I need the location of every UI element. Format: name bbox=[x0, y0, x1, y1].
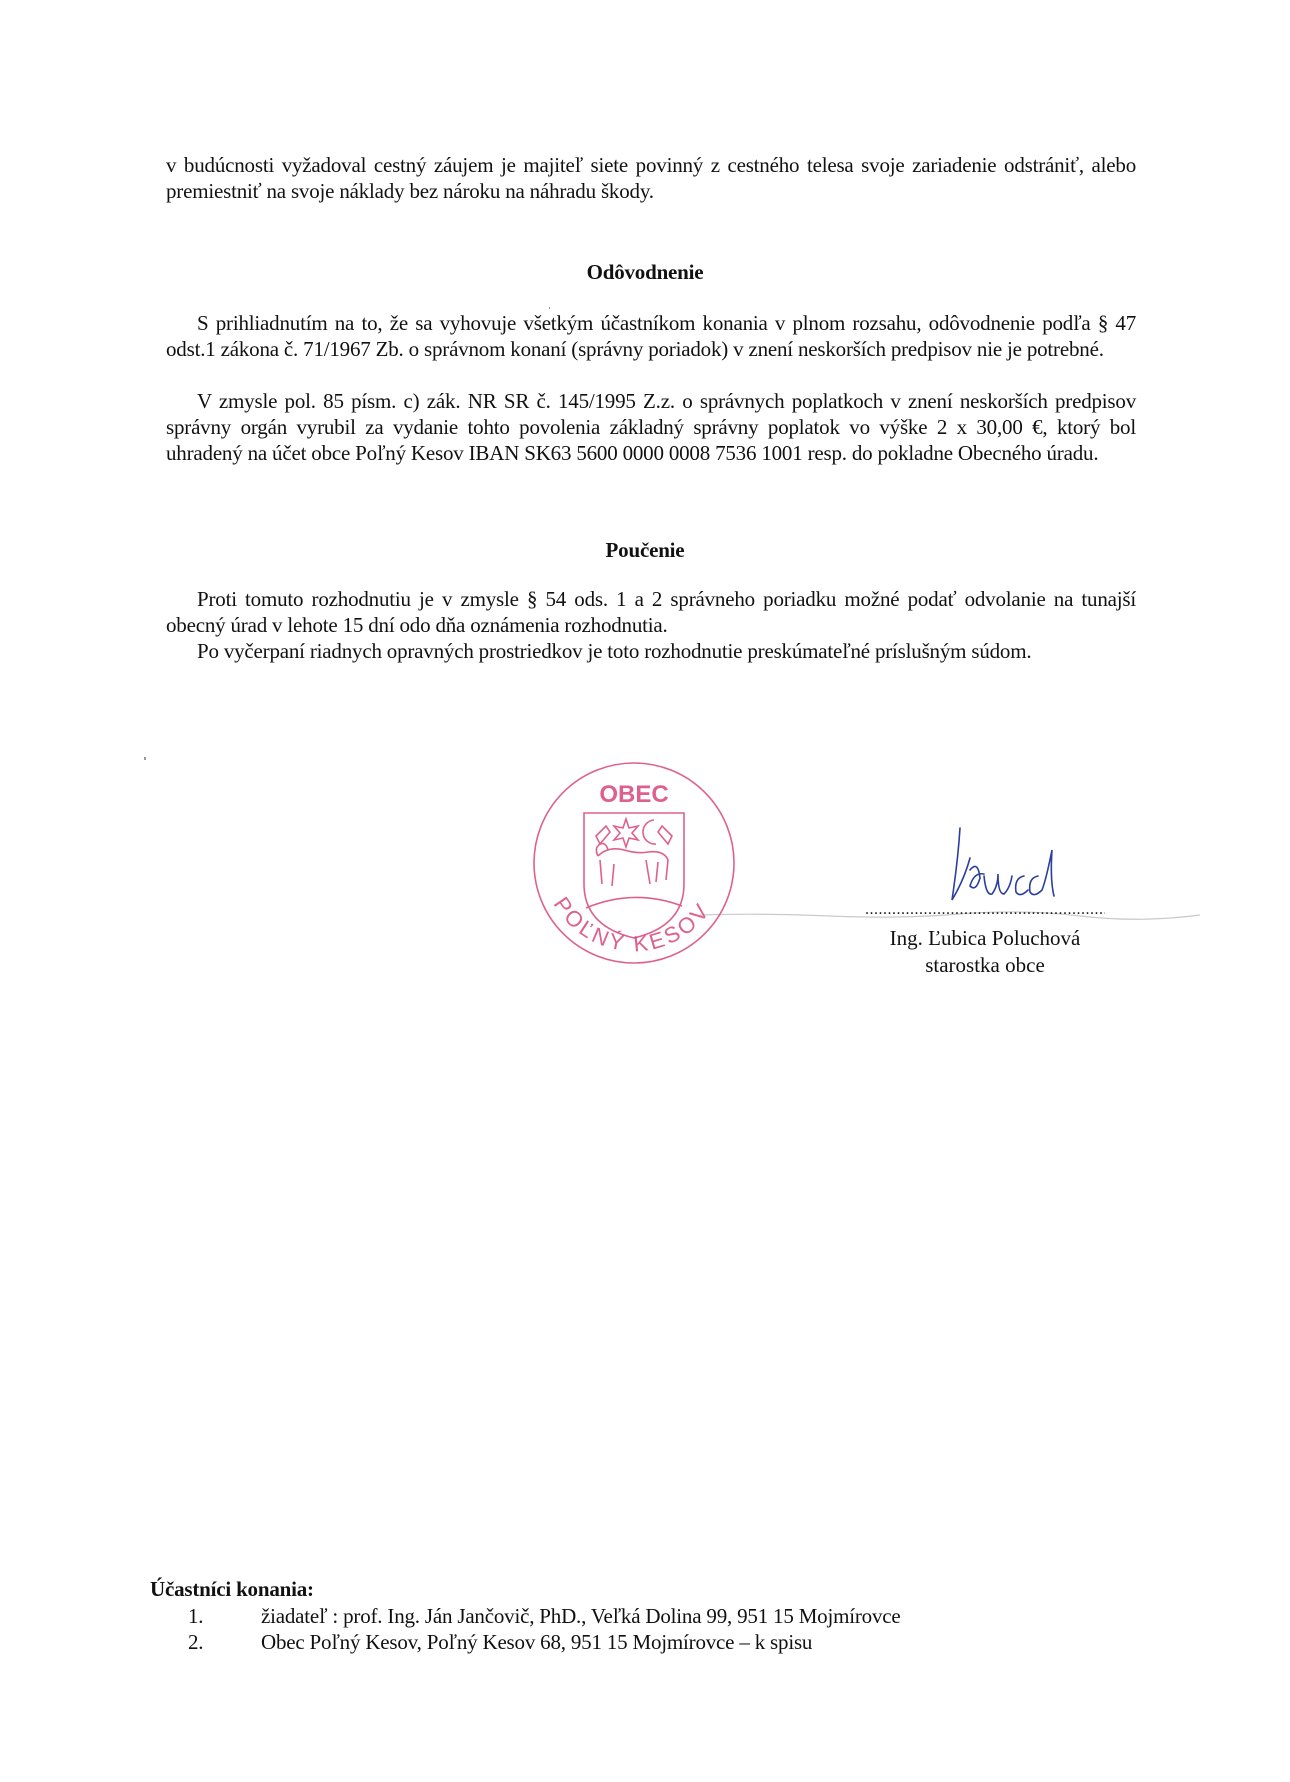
scan-speck bbox=[549, 307, 550, 309]
signer-title: starostka obce bbox=[860, 951, 1110, 979]
participant-number: 2. bbox=[188, 1630, 261, 1655]
stamp-top-text: OBEC bbox=[599, 781, 668, 808]
participant-number: 1. bbox=[188, 1604, 261, 1629]
official-stamp: OBEC POĽNÝ KESOV bbox=[528, 756, 740, 970]
poucenie-paragraph-1: Proti tomuto rozhodnutiu je v zmysle § 5… bbox=[166, 586, 1136, 638]
document-page: v budúcnosti vyžadoval cestný záujem je … bbox=[0, 0, 1290, 1782]
odovodnenie-paragraph-1: S prihliadnutím na to, že sa vyhovuje vš… bbox=[166, 310, 1136, 362]
participant-item: 2.Obec Poľný Kesov, Poľný Kesov 68, 951 … bbox=[188, 1630, 812, 1655]
participant-text: žiadateľ : prof. Ing. Ján Jančovič, PhD.… bbox=[261, 1604, 901, 1628]
odovodnenie-paragraph-2: V zmysle pol. 85 písm. c) zák. NR SR č. … bbox=[166, 388, 1136, 466]
scan-speck bbox=[144, 757, 146, 760]
svg-text:POĽNÝ KESOV: POĽNÝ KESOV bbox=[549, 892, 716, 956]
stamp-bottom-text: POĽNÝ KESOV bbox=[549, 892, 716, 956]
intro-paragraph: v budúcnosti vyžadoval cestný záujem je … bbox=[166, 152, 1136, 204]
participant-item: 1.žiadateľ : prof. Ing. Ján Jančovič, Ph… bbox=[188, 1604, 901, 1629]
poucenie-paragraph-2: Po vyčerpaní riadnych opravných prostrie… bbox=[166, 638, 1136, 664]
section-heading-poucenie: Poučenie bbox=[0, 538, 1290, 563]
signer-name: Ing. Ľubica Poluchová bbox=[860, 924, 1110, 952]
signature-dotted-line: ........................................… bbox=[865, 902, 1105, 918]
section-heading-odovodnenie: Odôvodnenie bbox=[0, 260, 1290, 285]
participants-heading: Účastníci konania: bbox=[150, 1577, 314, 1602]
participant-text: Obec Poľný Kesov, Poľný Kesov 68, 951 15… bbox=[261, 1630, 812, 1654]
